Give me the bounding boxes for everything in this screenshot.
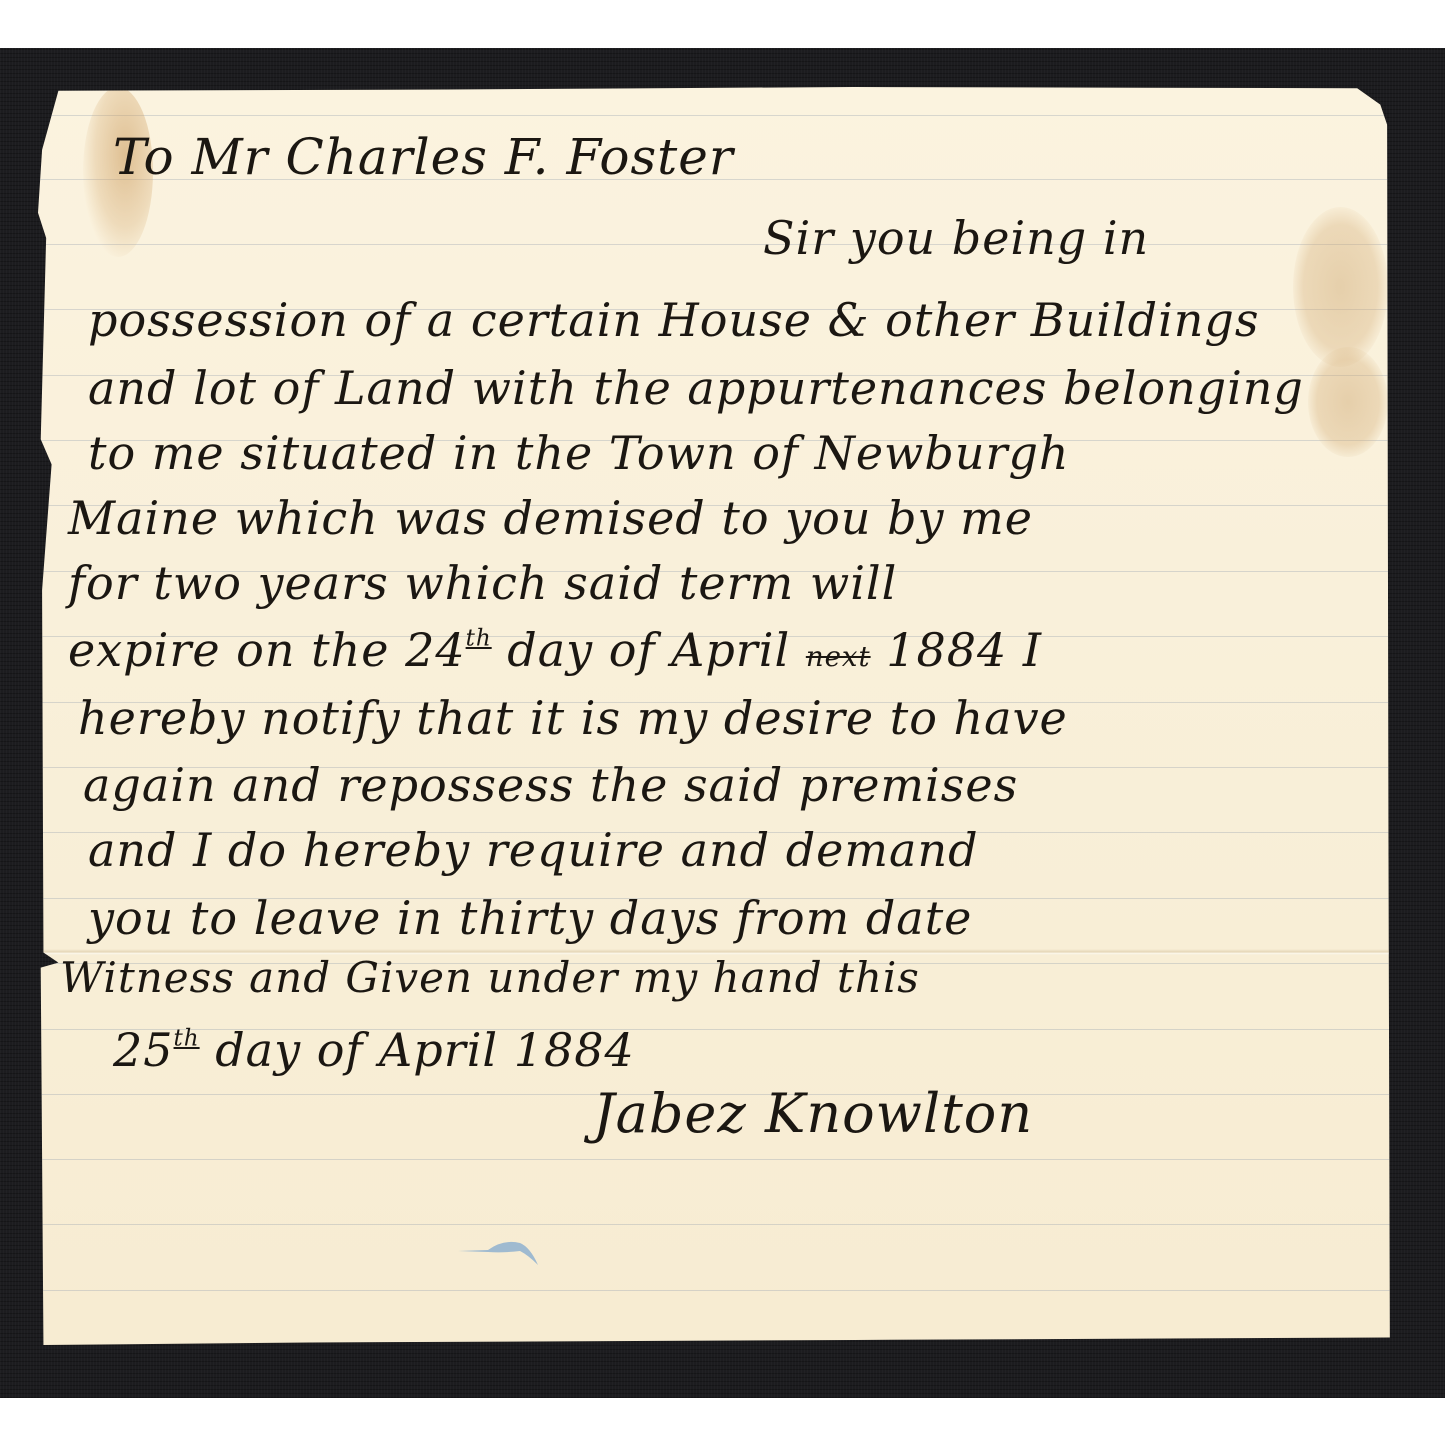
body-line-2: and lot of Land with the appurtenances b…: [88, 365, 1304, 411]
salutation: To Mr Charles F. Foster: [113, 132, 734, 182]
date-line: 25th day of April 1884: [113, 1027, 635, 1073]
body-line-expiry: expire on the 24th day of April next 188…: [68, 627, 1042, 673]
letter-text: To Mr Charles F. Foster Sir you being in…: [38, 87, 1398, 1345]
body-line-8: again and repossess the said premises: [83, 762, 1018, 808]
expiry-middle: day of April: [507, 623, 790, 677]
signature: Jabez Knowlton: [593, 1087, 1033, 1141]
opening-line: Sir you being in: [763, 215, 1149, 261]
body-line-11: Witness and Given under my hand this: [60, 957, 920, 999]
body-line-4: Maine which was demised to you by me: [68, 495, 1033, 541]
body-line-7: hereby notify that it is my desire to ha…: [78, 695, 1068, 741]
body-line-3: to me situated in the Town of Newburgh: [88, 430, 1070, 476]
body-line-10: you to leave in thirty days from date: [88, 895, 972, 941]
date-rest: day of April 1884: [215, 1023, 635, 1077]
expiry-trailing: I: [1023, 623, 1042, 677]
body-line-9: and I do hereby require and demand: [88, 827, 979, 873]
date-day: 25: [113, 1023, 174, 1077]
expiry-prefix: expire on the: [68, 623, 389, 677]
body-line-1: possession of a certain House & other Bu…: [88, 297, 1259, 343]
date-day-suffix: th: [174, 1025, 200, 1051]
expiry-day: 24: [405, 623, 466, 677]
letter-paper: To Mr Charles F. Foster Sir you being in…: [38, 87, 1398, 1345]
expiry-day-suffix: th: [466, 625, 492, 651]
body-line-5: for two years which said term will: [68, 560, 897, 606]
expiry-year: 1884: [886, 623, 1007, 677]
struck-word: next: [806, 640, 871, 673]
